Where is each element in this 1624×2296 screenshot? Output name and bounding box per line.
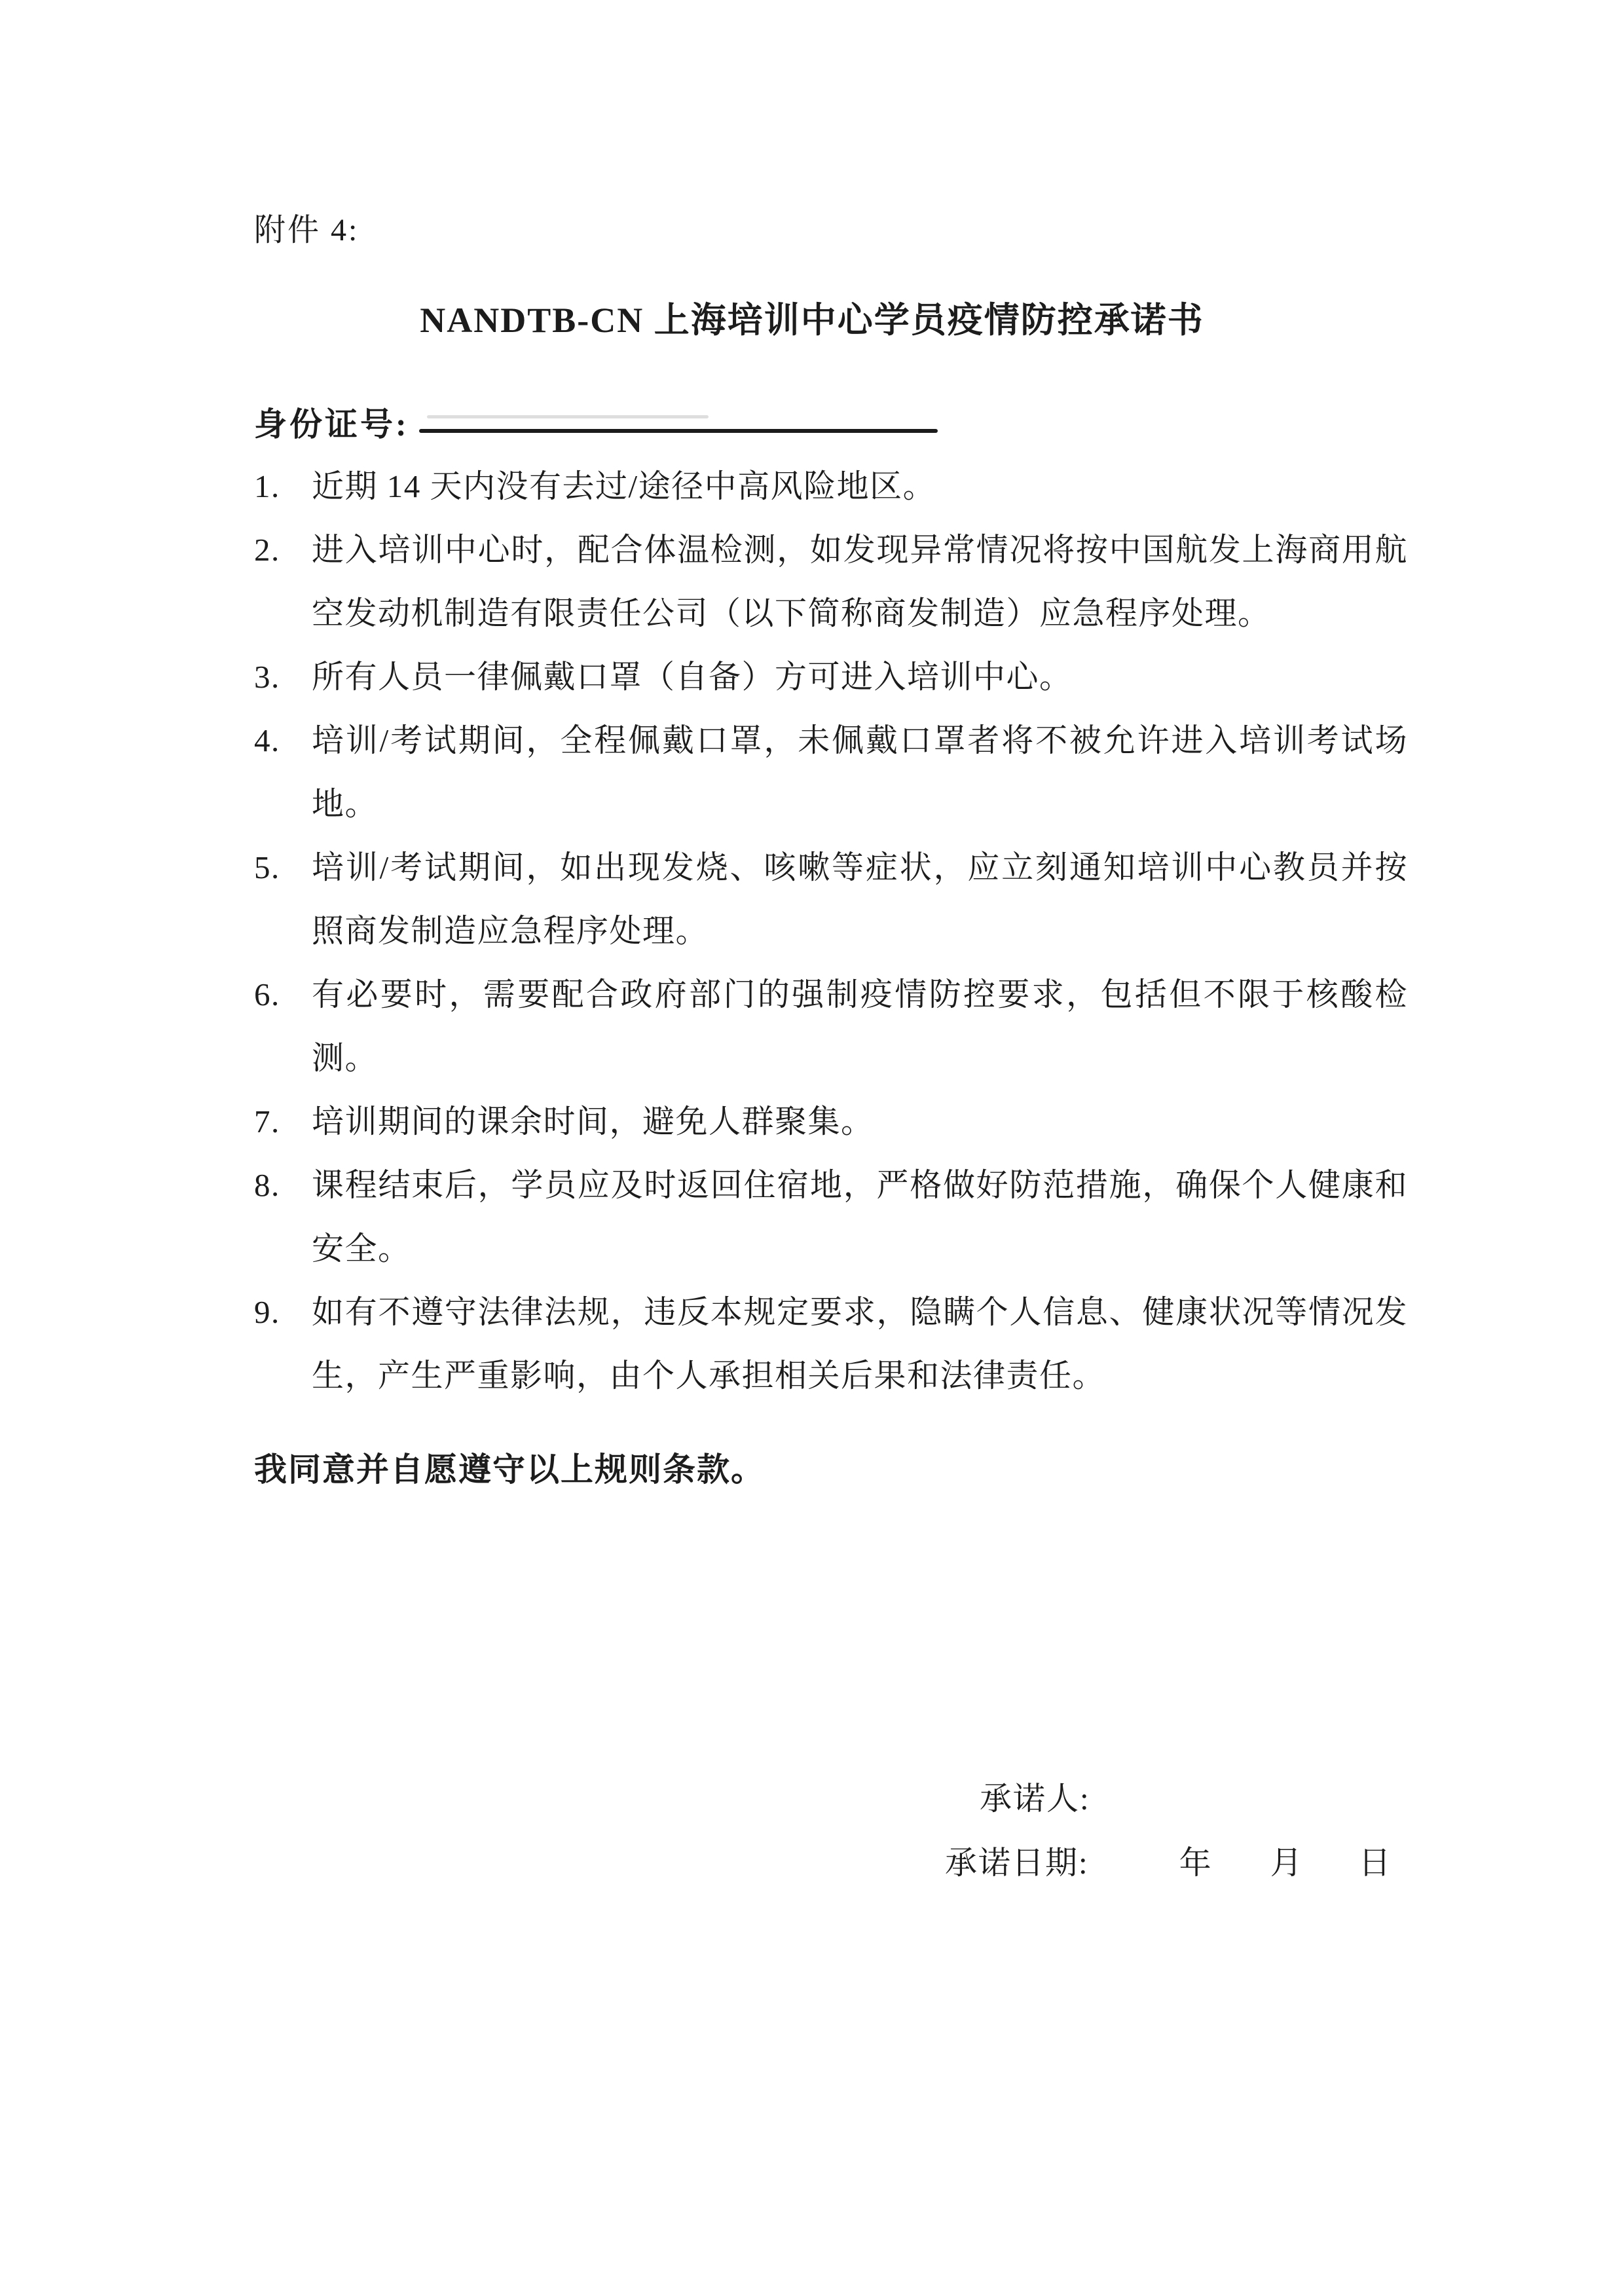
year-label: 年: [1179, 1838, 1213, 1883]
list-item: 4. 培训/考试期间，全程佩戴口罩，未佩戴口罩者将不被允许进入培训考试场地。: [254, 709, 1408, 836]
attachment-label: 附件 4:: [254, 204, 359, 250]
month-label: 月: [1270, 1838, 1304, 1883]
list-item: 3. 所有人员一律佩戴口罩（自备）方可进入培训中心。: [254, 645, 1408, 709]
clause-number: 1.: [254, 454, 312, 518]
list-item: 6. 有必要时，需要配合政府部门的强制疫情防控要求，包括但不限于核酸检测。: [254, 963, 1408, 1090]
signature-date-row: 承诺日期: 年 月 日: [945, 1838, 1392, 1883]
clause-text: 近期 14 天内没有去过/途径中高风险地区。: [312, 454, 1408, 518]
clause-text: 培训/考试期间，如出现发烧、咳嗽等症状，应立刻通知培训中心教员并按照商发制造应急…: [312, 836, 1408, 963]
clause-number: 9.: [254, 1280, 312, 1344]
id-number-blank-line: [419, 429, 938, 433]
clause-text: 培训期间的课余时间，避免人群聚集。: [312, 1090, 1408, 1153]
clause-text: 如有不遵守法律法规，违反本规定要求，隐瞒个人信息、健康状况等情况发生，产生严重影…: [312, 1280, 1408, 1407]
clause-list: 1. 近期 14 天内没有去过/途径中高风险地区。 2. 进入培训中心时，配合体…: [254, 454, 1408, 1407]
clause-number: 3.: [254, 645, 312, 709]
clause-number: 6.: [254, 963, 312, 1026]
signer-label: 承诺人:: [980, 1773, 1090, 1819]
list-item: 5. 培训/考试期间，如出现发烧、咳嗽等症状，应立刻通知培训中心教员并按照商发制…: [254, 836, 1408, 963]
clause-text: 进入培训中心时，配合体温检测，如发现异常情况将按中国航发上海商用航空发动机制造有…: [312, 518, 1408, 645]
day-label: 日: [1359, 1838, 1392, 1883]
date-label: 承诺日期:: [945, 1838, 1089, 1883]
clause-text: 培训/考试期间，全程佩戴口罩，未佩戴口罩者将不被允许进入培训考试场地。: [312, 709, 1408, 836]
list-item: 2. 进入培训中心时，配合体温检测，如发现异常情况将按中国航发上海商用航空发动机…: [254, 518, 1408, 645]
scanned-document-page: 附件 4: NANDTB-CN 上海培训中心学员疫情防控承诺书 身份证号: 1.…: [0, 0, 1624, 2296]
id-number-label: 身份证号:: [254, 398, 409, 445]
clause-text: 课程结束后，学员应及时返回住宿地，严格做好防范措施，确保个人健康和安全。: [312, 1153, 1408, 1280]
agreement-statement: 我同意并自愿遵守以上规则条款。: [254, 1438, 765, 1502]
clause-text: 所有人员一律佩戴口罩（自备）方可进入培训中心。: [312, 645, 1408, 709]
list-item: 8. 课程结束后，学员应及时返回住宿地，严格做好防范措施，确保个人健康和安全。: [254, 1153, 1408, 1280]
list-item: 1. 近期 14 天内没有去过/途径中高风险地区。: [254, 454, 1408, 518]
clause-number: 7.: [254, 1090, 312, 1153]
clause-text: 有必要时，需要配合政府部门的强制疫情防控要求，包括但不限于核酸检测。: [312, 963, 1408, 1090]
scan-artifact: [427, 415, 709, 418]
list-item: 7. 培训期间的课余时间，避免人群聚集。: [254, 1090, 1408, 1153]
clause-number: 8.: [254, 1153, 312, 1217]
clause-number: 4.: [254, 709, 312, 772]
clause-number: 5.: [254, 836, 312, 899]
list-item: 9. 如有不遵守法律法规，违反本规定要求，隐瞒个人信息、健康状况等情况发生，产生…: [254, 1280, 1408, 1407]
clause-number: 2.: [254, 518, 312, 582]
page-title: NANDTB-CN 上海培训中心学员疫情防控承诺书: [0, 292, 1624, 343]
